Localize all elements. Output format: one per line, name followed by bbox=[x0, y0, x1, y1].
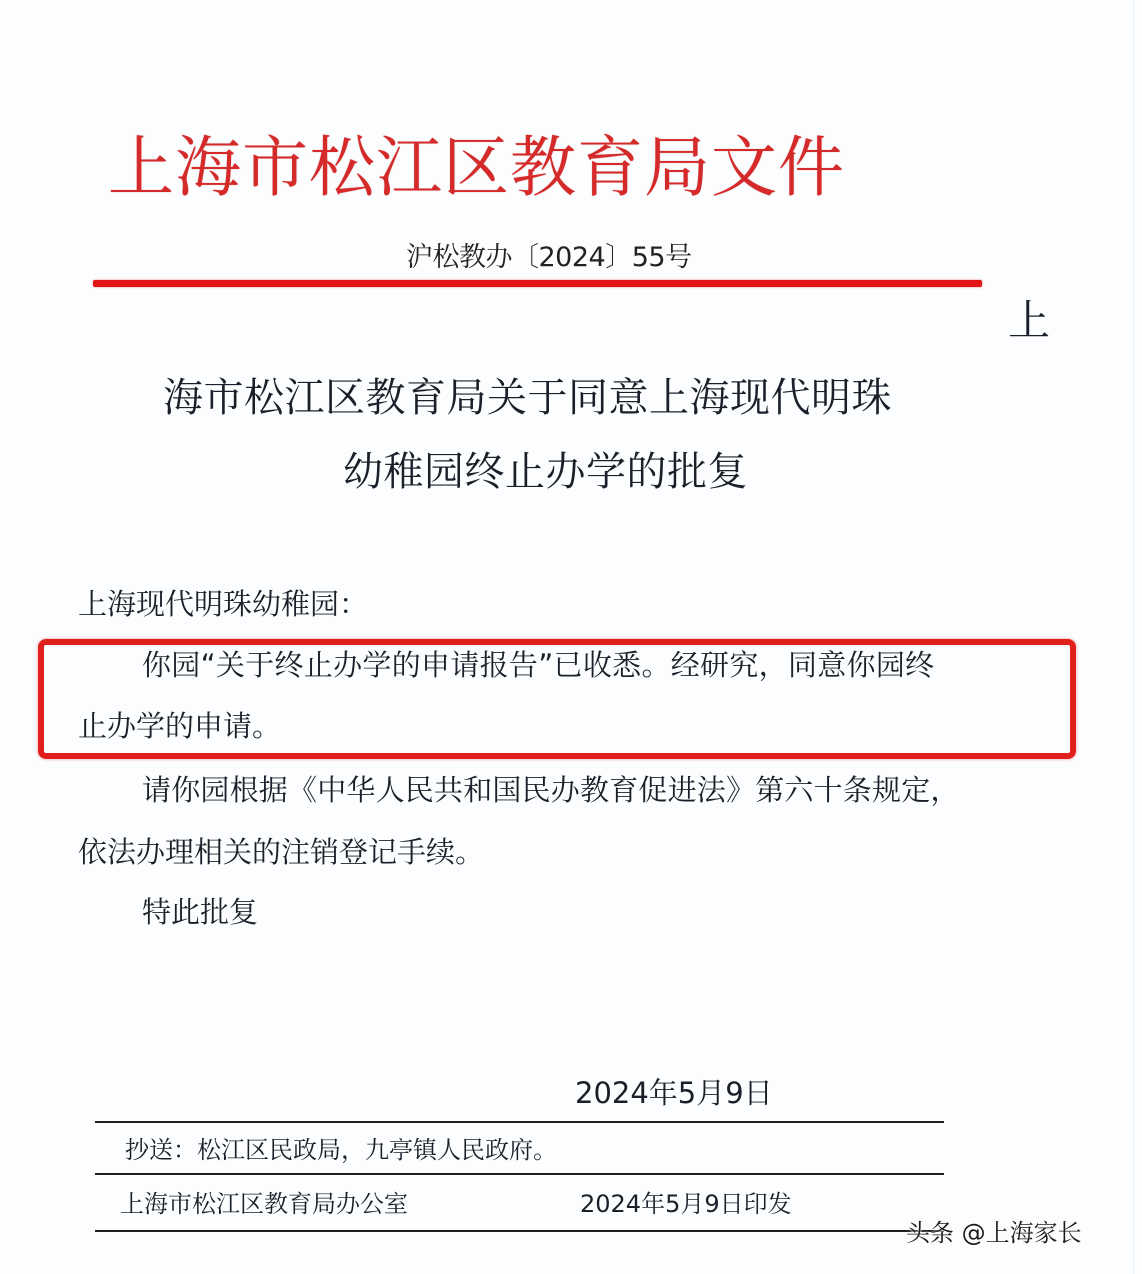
document-title-line-2: 幼稚园终止办学的批复 bbox=[343, 446, 748, 498]
cc-recipients: 抄送：松江区民政局，九亭镇人民政府。 bbox=[125, 1134, 557, 1166]
red-header-rule bbox=[93, 280, 982, 287]
page-edge bbox=[1133, 0, 1134, 1274]
footer-rule-middle bbox=[95, 1173, 944, 1175]
salutation: 上海现代明珠幼稚园： bbox=[78, 584, 368, 624]
paragraph-1-line-2: 止办学的申请。 bbox=[78, 706, 281, 746]
closing-phrase: 特此批复 bbox=[142, 892, 258, 932]
issuing-office: 上海市松江区教育局办公室 bbox=[120, 1188, 408, 1220]
footer-rule-bottom bbox=[95, 1230, 944, 1232]
title-leading-char: 上 bbox=[1008, 296, 1050, 346]
paragraph-2-line-1: 请你园根据《中华人民共和国民办教育促进法》第六十条规定， bbox=[142, 770, 960, 810]
document-title-line-1: 海市松江区教育局关于同意上海现代明珠 bbox=[163, 372, 892, 424]
paragraph-2-line-2: 依法办理相关的注销登记手续。 bbox=[78, 832, 484, 872]
footer-rule-top bbox=[95, 1121, 944, 1123]
document-number: 沪松教办〔2024〕55号 bbox=[406, 240, 692, 276]
watermark: 头条 @上海家长 bbox=[906, 1216, 1082, 1250]
signature-date: 2024年5月9日 bbox=[575, 1073, 773, 1113]
document-header-title: 上海市松江区教育局文件 bbox=[108, 128, 845, 208]
paragraph-1-line-1: 你园“关于终止办学的申请报告”已收悉。经研究，同意你园终 bbox=[142, 645, 934, 685]
issue-date: 2024年5月9日印发 bbox=[580, 1188, 792, 1220]
